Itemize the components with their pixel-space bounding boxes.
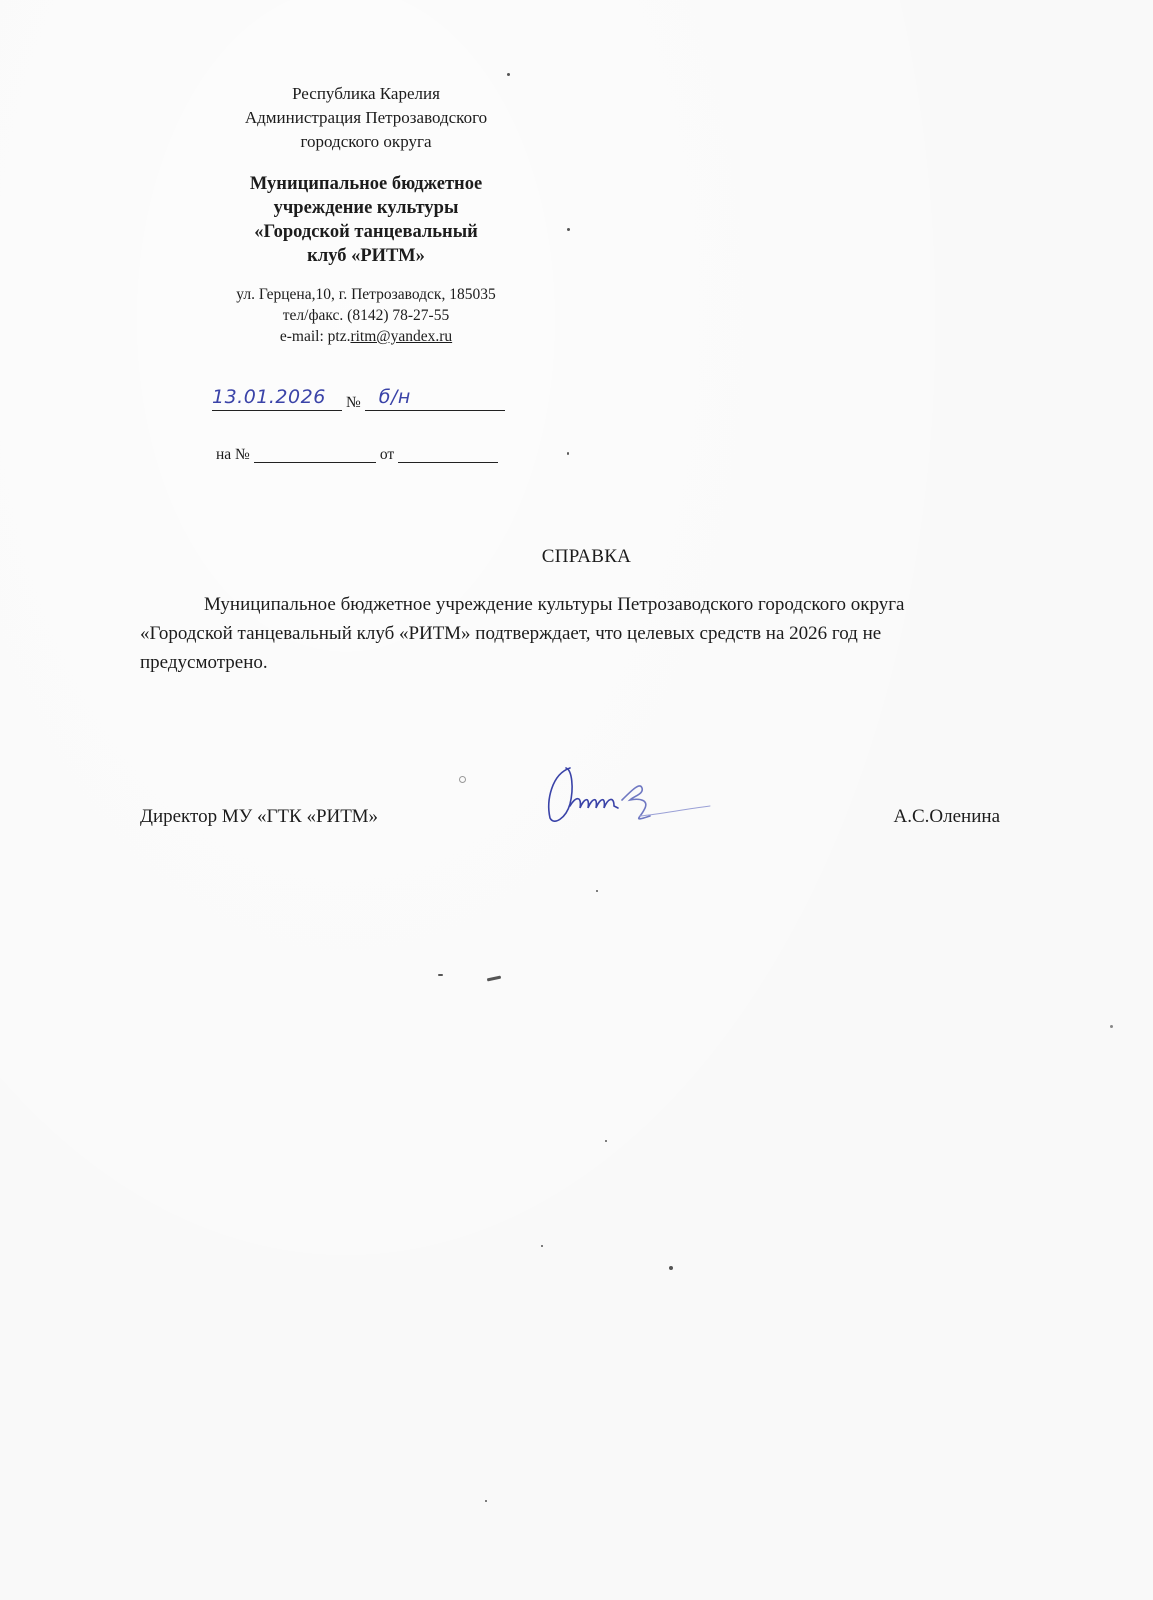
administration-line-2: городского округа xyxy=(196,130,536,154)
outgoing-date-field: 13.01.2026 xyxy=(212,388,342,411)
scan-speck xyxy=(459,776,466,783)
org-line-3: «Городской танцевальный xyxy=(196,220,536,244)
incoming-date-field xyxy=(398,440,498,463)
republic-name: Республика Карелия xyxy=(196,82,536,106)
incoming-date-label: от xyxy=(380,447,394,463)
email-prefix: e-mail: ptz. xyxy=(280,328,351,345)
org-line-1: Муниципальное бюджетное xyxy=(196,172,536,196)
outgoing-number-field: б/н xyxy=(365,388,505,411)
scan-speck xyxy=(596,890,598,892)
outgoing-number-handwritten: б/н xyxy=(379,386,411,408)
document-page: Республика Карелия Администрация Петроза… xyxy=(0,0,1153,1600)
number-sign: № xyxy=(346,395,361,411)
incoming-reference: на № от xyxy=(212,440,522,463)
incoming-number-label: на № xyxy=(216,447,250,463)
signer-position: Директор МУ «ГТК «РИТМ» xyxy=(140,806,378,828)
phone: тел/факс. (8142) 78-27-55 xyxy=(196,305,536,326)
scan-speck xyxy=(1110,1025,1113,1028)
scan-speck xyxy=(605,1140,607,1142)
scan-speck xyxy=(438,974,443,976)
scan-speck xyxy=(669,1266,673,1270)
scan-speck xyxy=(485,1500,487,1502)
scan-speck xyxy=(541,1245,543,1247)
email: e-mail: ptz.ritm@yandex.ru xyxy=(196,326,536,347)
org-line-4: клуб «РИТМ» xyxy=(196,244,536,268)
organization-name: Муниципальное бюджетное учреждение культ… xyxy=(196,172,536,268)
scan-speck xyxy=(567,228,570,231)
org-line-2: учреждение культуры xyxy=(196,196,536,220)
scan-speck xyxy=(507,73,510,76)
letterhead: Республика Карелия Администрация Петроза… xyxy=(196,82,536,347)
email-link[interactable]: ritm@yandex.ru xyxy=(350,328,452,345)
document-title: СПРАВКА xyxy=(0,546,1153,568)
administration-line-1: Администрация Петрозаводского xyxy=(196,106,536,130)
incoming-number-field xyxy=(254,440,376,463)
contacts: ул. Герцена,10, г. Петрозаводск, 185035 … xyxy=(196,284,536,347)
scan-speck xyxy=(487,976,501,982)
address: ул. Герцена,10, г. Петрозаводск, 185035 xyxy=(196,284,536,305)
document-body: Муниципальное бюджетное учреждение культ… xyxy=(140,590,1000,677)
signer-name: А.С.Оленина xyxy=(894,806,1000,828)
outgoing-reference: 13.01.2026 № б/н xyxy=(212,388,522,411)
signature-icon xyxy=(540,760,720,830)
scan-speck xyxy=(567,452,569,455)
outgoing-date-handwritten: 13.01.2026 xyxy=(212,386,326,408)
